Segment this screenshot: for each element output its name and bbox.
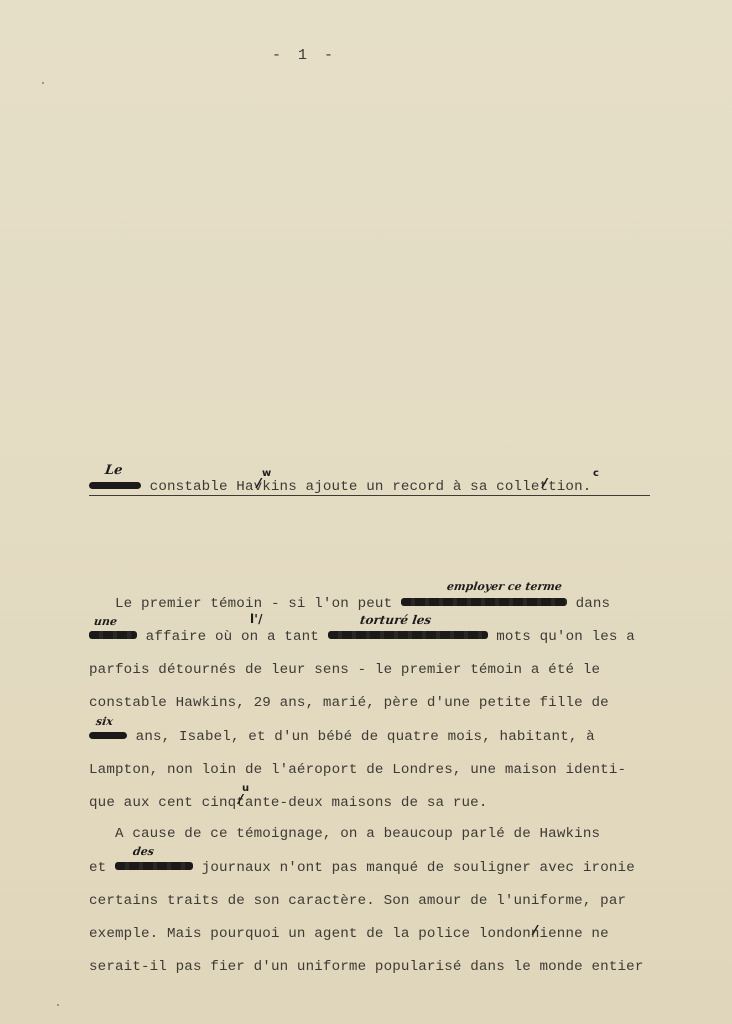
text-line: ans, Isabel, et d'un bébé de quatre mois… [89, 729, 595, 745]
text-part: exemple. Mais pourquoi un agent de la po… [89, 926, 531, 942]
paper-speck [42, 82, 44, 84]
handwritten-insert-le: Le [104, 463, 124, 478]
struck-word [89, 631, 137, 639]
struck-phrase [328, 631, 488, 639]
title-text-part: tion. [548, 479, 591, 495]
text-line: affaire où on a tant mots qu'on les a [89, 629, 635, 645]
page-number: - 1 - [272, 47, 334, 64]
redacted-word [89, 482, 141, 489]
handwritten-insert: une [93, 615, 118, 628]
text-part: Le premier témoin - si l'on peut [89, 596, 401, 612]
text-line: exemple. Mais pourquoi un agent de la po… [89, 926, 609, 942]
text-line: certains traits de son caractère. Son am… [89, 893, 626, 909]
text-part: et [89, 860, 115, 876]
text-line: que aux cent cinqt/ante-deux maisons de … [89, 795, 487, 811]
text-part: ans, Isabel, et d'un bébé de quatre mois… [127, 729, 595, 745]
text-part: que aux cent cinq [89, 795, 236, 811]
handwritten-insert: torturé les [359, 613, 432, 627]
manuscript-page: - 1 - Le w c constable Hav/kins ajoute u… [0, 0, 732, 1024]
text-line: Le premier témoin - si l'on peut dans [89, 596, 610, 612]
paper-speck [57, 1004, 59, 1006]
handwritten-insert: employer ce terme [446, 580, 563, 593]
corrected-letter: v/ [254, 479, 263, 495]
text-part: on a tant [241, 629, 328, 645]
text-part: journaux n'ont pas manqué de souligner a… [193, 860, 635, 876]
struck-word [89, 732, 127, 739]
text-part: ante-deux maisons de sa rue. [245, 795, 488, 811]
handwritten-mark: l'/ [250, 612, 263, 626]
text-part: mots qu'on les a [488, 629, 635, 645]
corrected-letter: t/ [236, 795, 245, 811]
handwritten-insert-w: w [262, 468, 271, 479]
corrected-letter: t/ [539, 479, 548, 495]
text-line: parfois détournés de leur sens - le prem… [89, 662, 600, 678]
text-line: Lampton, non loin de l'aéroport de Londr… [89, 762, 626, 778]
text-part: dans [567, 596, 610, 612]
document-title: constable Hav/kins ajoute un record à sa… [89, 479, 650, 496]
text-part: ienne ne [539, 926, 608, 942]
title-text-part: constable Ha [141, 479, 254, 495]
struck-phrase [401, 598, 567, 606]
handwritten-insert: six [95, 715, 114, 728]
corrected-letter: n/ [531, 926, 540, 942]
text-line: serait-il pas fier d'un uniforme popular… [89, 959, 644, 975]
text-line: et journaux n'ont pas manqué de souligne… [89, 860, 635, 876]
text-line: A cause de ce témoignage, on a beaucoup … [89, 826, 600, 842]
text-part: affaire où [137, 629, 241, 645]
struck-word [115, 862, 193, 870]
handwritten-insert-c: c [593, 468, 599, 479]
text-line: constable Hawkins, 29 ans, marié, père d… [89, 695, 609, 711]
handwritten-insert: des [132, 845, 155, 858]
title-text-part: kins ajoute un record à sa colle [262, 479, 539, 495]
